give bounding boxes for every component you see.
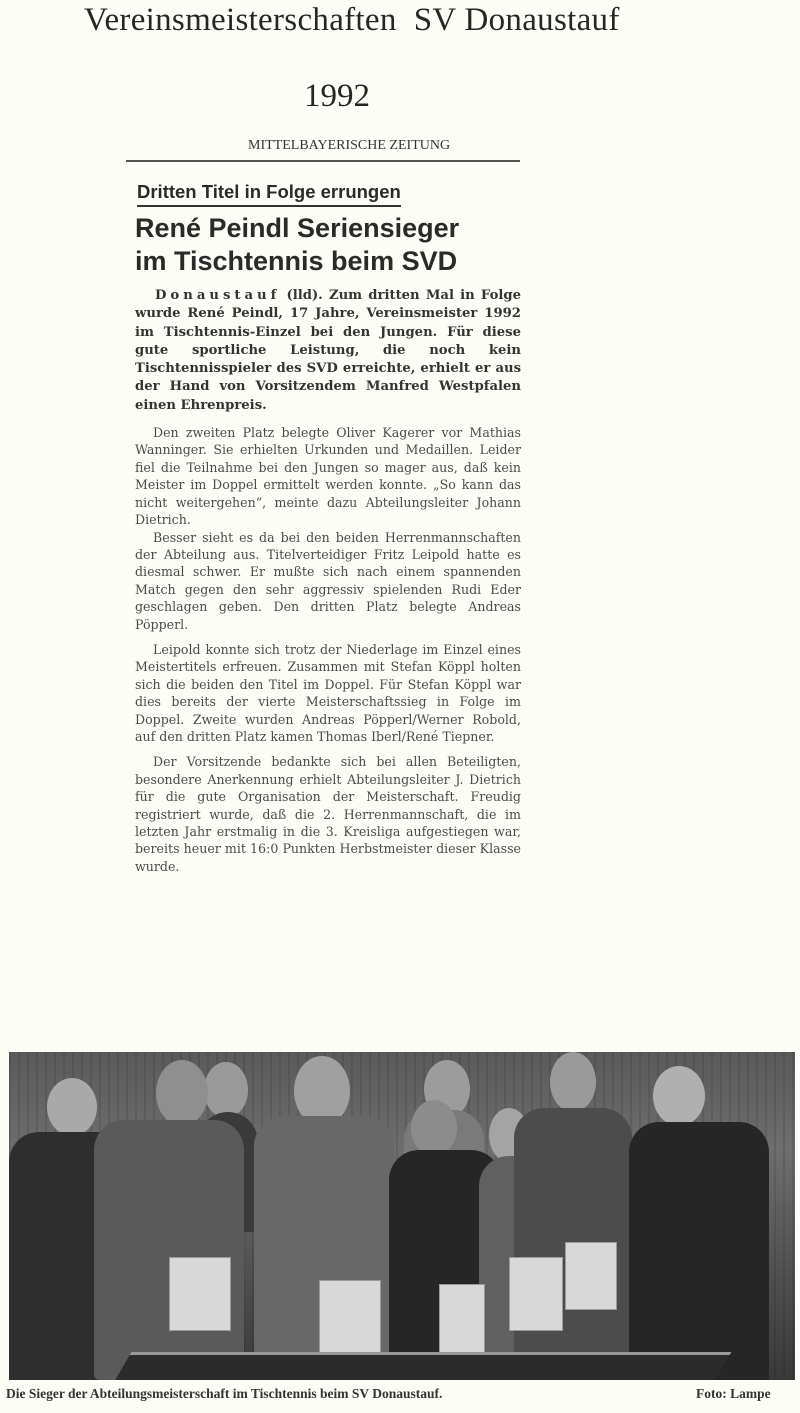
group-photo	[9, 1052, 795, 1380]
article-paragraph: Leipold konnte sich trotz der Niederlage…	[135, 641, 521, 745]
dateline: Donaustauf	[155, 288, 280, 303]
newspaper-name: MITTELBAYERISCHE ZEITUNG	[248, 138, 450, 154]
headline-line-2: im Tischtennis beim SVD	[135, 245, 535, 278]
page-year: 1992	[304, 78, 370, 115]
article-paragraph: Besser sieht es da bei den beiden Herren…	[135, 529, 521, 633]
page-title: Vereinsmeisterschaften SV Donaustauf	[84, 2, 620, 39]
certificate	[509, 1257, 563, 1331]
article-paragraph: Den zweiten Platz belegte Oliver Kagerer…	[135, 424, 521, 528]
certificate	[169, 1257, 231, 1331]
article-body: Donaustauf (lld). Zum dritten Mal in Fol…	[135, 287, 521, 875]
headline-line-1: René Peindl Seriensieger	[135, 212, 535, 245]
lead-text: (lld). Zum dritten Mal in Folge wurde Re…	[135, 288, 521, 413]
table-tennis-table	[107, 1352, 732, 1380]
article-kicker: Dritten Titel in Folge errungen	[137, 181, 401, 207]
certificate	[565, 1242, 617, 1310]
masthead-rule	[126, 160, 520, 162]
article-lead: Donaustauf (lld). Zum dritten Mal in Fol…	[135, 287, 521, 415]
article-paragraph: Der Vorsitzende bedankte sich bei allen …	[135, 753, 521, 875]
photo-caption: Die Sieger der Abteilungsmeisterschaft i…	[6, 1386, 442, 1402]
photo-credit: Foto: Lampe	[696, 1386, 771, 1402]
article-headline: René Peindl Seriensieger im Tischtennis …	[135, 212, 535, 278]
